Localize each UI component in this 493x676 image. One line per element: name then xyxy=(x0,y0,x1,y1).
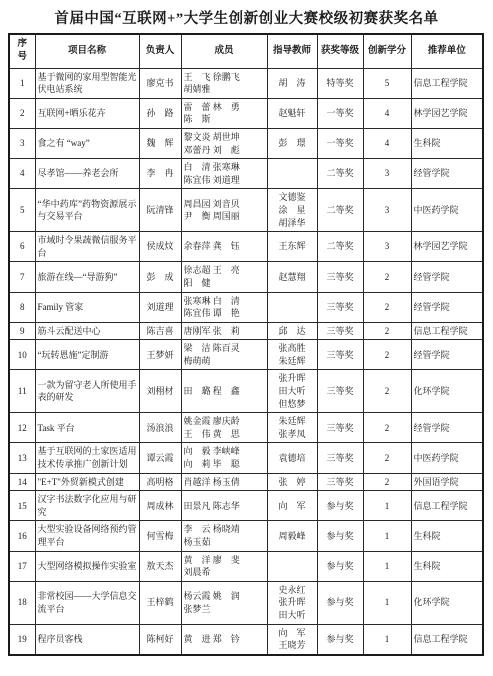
cell-advisor xyxy=(267,292,317,322)
cell-credit: 1 xyxy=(363,491,411,521)
cell-award: 参与奖 xyxy=(317,551,363,581)
cell-members: 黄 洋 廖 斐 刘晨希 xyxy=(181,551,267,581)
cell-members: 张寒琳 白 清 陈宜伟 谭 艳 xyxy=(181,292,267,322)
cell-advisor: 向 军 xyxy=(267,491,317,521)
cell-unit: 经管学院 xyxy=(411,159,483,189)
table-row: 17 大型网络模拟操作实验室 敖天杰 黄 洋 廖 斐 刘晨希 参与奖 1 生科院 xyxy=(9,551,483,581)
cell-credit: 3 xyxy=(363,232,411,262)
header-serial: 序 号 xyxy=(9,34,35,68)
table-body: 1 基于微网的家用型智能光伏电站系统 廖克书 王 飞 徐鹏飞 胡婧雅 胡 涛 特… xyxy=(9,68,483,655)
table-row: 3 食之有 “way” 魏 辉 黎文炎 胡世坤 邓蕾丹 刘 彪 彭 璟 一等奖 … xyxy=(9,128,483,158)
cell-award: 三等奖 xyxy=(317,340,363,370)
cell-serial: 5 xyxy=(9,189,35,232)
cell-project: Family 管家 xyxy=(35,292,139,322)
cell-unit: 信息工程学院 xyxy=(411,322,483,340)
cell-project: 基于互联网的土家医适用技术传承推广创新计划 xyxy=(35,443,139,473)
table-row: 4 尽孝馆——养老会所 李 冉 白 清 张寒琳 陈宜伟 刘道理 二等奖 3 经管… xyxy=(9,159,483,189)
cell-unit: 经管学院 xyxy=(411,292,483,322)
table-row: 5 “华中药库”药物资源展示与交易平台 阮清锋 周昌园 刘音贝 尹 衡 周国丽 … xyxy=(9,189,483,232)
cell-members: 周昌园 刘音贝 尹 衡 周国丽 xyxy=(181,189,267,232)
header-unit: 推荐单位 xyxy=(411,34,483,68)
cell-project: 旅游在线—“导游狗” xyxy=(35,262,139,292)
cell-award: 参与奖 xyxy=(317,581,363,624)
table-row: 12 Task 平台 汤浪浪 姚金霞 廖庆龄 王 伟 黄 思 朱廷辉 张孝凤 三… xyxy=(9,413,483,443)
cell-unit: 经管学院 xyxy=(411,340,483,370)
cell-members: 黎文炎 胡世坤 邓蕾丹 刘 彪 xyxy=(181,128,267,158)
cell-credit: 2 xyxy=(363,370,411,413)
cell-credit: 4 xyxy=(363,98,411,128)
cell-advisor: 张升晖 田大听 但悠梦 xyxy=(267,370,317,413)
cell-credit: 2 xyxy=(363,292,411,322)
cell-serial: 6 xyxy=(9,232,35,262)
cell-members: 余春萍 龚 钰 xyxy=(181,232,267,262)
cell-leader: 王梦妍 xyxy=(139,340,181,370)
cell-project: 非常校园——大学信息交流平台 xyxy=(35,581,139,624)
cell-leader: 刘栩材 xyxy=(139,370,181,413)
cell-serial: 14 xyxy=(9,473,35,491)
cell-advisor xyxy=(267,159,317,189)
table-row: 10 “玩转恩施”定制游 王梦妍 梁 洁 陈百灵 梅萌萌 张高胜 朱廷辉 三等奖… xyxy=(9,340,483,370)
table-row: 16 大型实验设备网络预约管理平台 何雪梅 李 云 杨晓靖 杨玉茹 周毅峰 参与… xyxy=(9,521,483,551)
cell-award: 三等奖 xyxy=(317,262,363,292)
cell-award: 特等奖 xyxy=(317,68,363,98)
cell-leader: 廖克书 xyxy=(139,68,181,98)
cell-serial: 11 xyxy=(9,370,35,413)
cell-award: 一等奖 xyxy=(317,128,363,158)
table-row: 8 Family 管家 刘道理 张寒琳 白 清 陈宜伟 谭 艳 三等奖 2 经管… xyxy=(9,292,483,322)
cell-project: Task 平台 xyxy=(35,413,139,443)
header-leader: 负责人 xyxy=(139,34,181,68)
cell-members: 李 云 杨晓靖 杨玉茹 xyxy=(181,521,267,551)
cell-unit: 生科院 xyxy=(411,551,483,581)
cell-award: 三等奖 xyxy=(317,292,363,322)
cell-members: 向 毅 李峡峰 向 莉 毕 聪 xyxy=(181,443,267,473)
cell-unit: 外国语学院 xyxy=(411,473,483,491)
cell-members: 唐刚军 张 莉 xyxy=(181,322,267,340)
cell-award: 三等奖 xyxy=(317,473,363,491)
cell-serial: 2 xyxy=(9,98,35,128)
cell-leader: 汤浪浪 xyxy=(139,413,181,443)
table-row: 6 市域时令果蔬微信服务平台 侯成炆 余春萍 龚 钰 王东辉 二等奖 3 林学园… xyxy=(9,232,483,262)
header-credit: 创新学分 xyxy=(363,34,411,68)
cell-serial: 15 xyxy=(9,491,35,521)
cell-leader: 刘道理 xyxy=(139,292,181,322)
cell-leader: 王梓鹤 xyxy=(139,581,181,624)
cell-project: "E+T"外贸新模式创建 xyxy=(35,473,139,491)
cell-project: 市域时令果蔬微信服务平台 xyxy=(35,232,139,262)
header-advisor: 指导教师 xyxy=(267,34,317,68)
cell-project: 尽孝馆——养老会所 xyxy=(35,159,139,189)
table-row: 19 程序员客栈 陈柯好 黄 进 郑 钤 向 军 王晓芳 参与奖 1 信息工程学… xyxy=(9,624,483,655)
cell-credit: 2 xyxy=(363,262,411,292)
cell-advisor: 赵魁轩 xyxy=(267,98,317,128)
cell-project: 筋斗云配送中心 xyxy=(35,322,139,340)
cell-project: 互联网+晒乐花卉 xyxy=(35,98,139,128)
cell-unit: 经管学院 xyxy=(411,262,483,292)
cell-serial: 16 xyxy=(9,521,35,551)
cell-advisor xyxy=(267,551,317,581)
cell-credit: 2 xyxy=(363,413,411,443)
cell-leader: 魏 辉 xyxy=(139,128,181,158)
header-members: 成员 xyxy=(181,34,267,68)
cell-award: 二等奖 xyxy=(317,189,363,232)
table-row: 15 汉字书法数字化应用与研究 周成林 田景凡 陈志华 向 军 参与奖 1 信息… xyxy=(9,491,483,521)
cell-award: 一等奖 xyxy=(317,98,363,128)
header-project: 项目名称 xyxy=(35,34,139,68)
cell-credit: 1 xyxy=(363,551,411,581)
cell-credit: 2 xyxy=(363,473,411,491)
cell-unit: 生科院 xyxy=(411,521,483,551)
cell-award: 三等奖 xyxy=(317,443,363,473)
table-row: 11 一款为留守老人所使用手表的研发 刘栩材 田 璐 程 鑫 张升晖 田大听 但… xyxy=(9,370,483,413)
cell-members: 姚金霞 廖庆龄 王 伟 黄 思 xyxy=(181,413,267,443)
table-header: 序 号 项目名称 负责人 成员 指导教师 获奖等级 创新学分 推荐单位 xyxy=(9,34,483,68)
cell-award: 三等奖 xyxy=(317,322,363,340)
cell-leader: 陈柯好 xyxy=(139,624,181,655)
cell-advisor: 向 军 王晓芳 xyxy=(267,624,317,655)
cell-serial: 19 xyxy=(9,624,35,655)
cell-credit: 4 xyxy=(363,128,411,158)
cell-serial: 3 xyxy=(9,128,35,158)
cell-project: 基于微网的家用型智能光伏电站系统 xyxy=(35,68,139,98)
cell-serial: 17 xyxy=(9,551,35,581)
cell-project: 一款为留守老人所使用手表的研发 xyxy=(35,370,139,413)
cell-credit: 2 xyxy=(363,322,411,340)
cell-award: 参与奖 xyxy=(317,521,363,551)
cell-credit: 1 xyxy=(363,581,411,624)
cell-advisor: 赵慧翔 xyxy=(267,262,317,292)
cell-leader: 敖天杰 xyxy=(139,551,181,581)
cell-credit: 3 xyxy=(363,189,411,232)
cell-serial: 1 xyxy=(9,68,35,98)
table-row: 9 筋斗云配送中心 陈吉喜 唐刚军 张 莉 邱 达 三等奖 2 信息工程学院 xyxy=(9,322,483,340)
cell-leader: 高明格 xyxy=(139,473,181,491)
table-row: 2 互联网+晒乐花卉 孙 路 雷 蕾 林 勇 陈 斯 赵魁轩 一等奖 4 林学园… xyxy=(9,98,483,128)
cell-unit: 信息工程学院 xyxy=(411,68,483,98)
cell-project: “华中药库”药物资源展示与交易平台 xyxy=(35,189,139,232)
cell-members: 杨云霞 姚 润 张梦兰 xyxy=(181,581,267,624)
cell-serial: 7 xyxy=(9,262,35,292)
document-page: 首届中国“互联网+”大学生创新创业大赛校级初赛获奖名单 序 号 项目名称 负责人… xyxy=(0,0,493,676)
cell-advisor: 邱 达 xyxy=(267,322,317,340)
cell-project: 大型实验设备网络预约管理平台 xyxy=(35,521,139,551)
cell-leader: 陈吉喜 xyxy=(139,322,181,340)
cell-project: 大型网络模拟操作实验室 xyxy=(35,551,139,581)
cell-unit: 化环学院 xyxy=(411,370,483,413)
cell-award: 二等奖 xyxy=(317,232,363,262)
cell-unit: 生科院 xyxy=(411,128,483,158)
cell-members: 梁 洁 陈百灵 梅萌萌 xyxy=(181,340,267,370)
cell-leader: 孙 路 xyxy=(139,98,181,128)
cell-serial: 10 xyxy=(9,340,35,370)
cell-unit: 中医药学院 xyxy=(411,189,483,232)
cell-advisor: 文德鉴 涂 星 胡泽华 xyxy=(267,189,317,232)
cell-award: 二等奖 xyxy=(317,159,363,189)
cell-leader: 李 冉 xyxy=(139,159,181,189)
cell-serial: 4 xyxy=(9,159,35,189)
cell-advisor: 袁德培 xyxy=(267,443,317,473)
cell-members: 王 飞 徐鹏飞 胡婧雅 xyxy=(181,68,267,98)
cell-serial: 13 xyxy=(9,443,35,473)
cell-project: 食之有 “way” xyxy=(35,128,139,158)
cell-credit: 1 xyxy=(363,521,411,551)
cell-members: 黄 进 郑 钤 xyxy=(181,624,267,655)
cell-award: 三等奖 xyxy=(317,370,363,413)
cell-project: 汉字书法数字化应用与研究 xyxy=(35,491,139,521)
cell-members: 田景凡 陈志华 xyxy=(181,491,267,521)
table-row: 7 旅游在线—“导游狗” 彭 成 徐志超 王 亮 阳 健 赵慧翔 三等奖 2 经… xyxy=(9,262,483,292)
award-results-table: 序 号 项目名称 负责人 成员 指导教师 获奖等级 创新学分 推荐单位 1 基于… xyxy=(8,33,484,656)
cell-award: 参与奖 xyxy=(317,491,363,521)
header-award: 获奖等级 xyxy=(317,34,363,68)
page-title: 首届中国“互联网+”大学生创新创业大赛校级初赛获奖名单 xyxy=(6,7,487,28)
cell-unit: 化环学院 xyxy=(411,581,483,624)
cell-credit: 1 xyxy=(363,624,411,655)
table-row: 18 非常校园——大学信息交流平台 王梓鹤 杨云霞 姚 润 张梦兰 史永红 张升… xyxy=(9,581,483,624)
cell-credit: 2 xyxy=(363,340,411,370)
table-row: 14 "E+T"外贸新模式创建 高明格 肖越洋 杨玉倩 张 婷 三等奖 2 外国… xyxy=(9,473,483,491)
cell-unit: 信息工程学院 xyxy=(411,624,483,655)
cell-advisor: 史永红 张升晖 田大听 xyxy=(267,581,317,624)
header-row: 序 号 项目名称 负责人 成员 指导教师 获奖等级 创新学分 推荐单位 xyxy=(9,34,483,68)
cell-advisor: 彭 璟 xyxy=(267,128,317,158)
cell-advisor: 张 婷 xyxy=(267,473,317,491)
table-row: 13 基于互联网的土家医适用技术传承推广创新计划 谭云霞 向 毅 李峡峰 向 莉… xyxy=(9,443,483,473)
cell-credit: 3 xyxy=(363,159,411,189)
table-row: 1 基于微网的家用型智能光伏电站系统 廖克书 王 飞 徐鹏飞 胡婧雅 胡 涛 特… xyxy=(9,68,483,98)
cell-advisor: 胡 涛 xyxy=(267,68,317,98)
cell-award: 三等奖 xyxy=(317,413,363,443)
cell-members: 田 璐 程 鑫 xyxy=(181,370,267,413)
cell-leader: 彭 成 xyxy=(139,262,181,292)
cell-advisor: 周毅峰 xyxy=(267,521,317,551)
cell-leader: 周成林 xyxy=(139,491,181,521)
cell-unit: 信息工程学院 xyxy=(411,491,483,521)
cell-members: 雷 蕾 林 勇 陈 斯 xyxy=(181,98,267,128)
cell-unit: 经管学院 xyxy=(411,413,483,443)
cell-advisor: 朱廷辉 张孝凤 xyxy=(267,413,317,443)
cell-members: 肖越洋 杨玉倩 xyxy=(181,473,267,491)
cell-leader: 阮清锋 xyxy=(139,189,181,232)
cell-leader: 谭云霞 xyxy=(139,443,181,473)
cell-unit: 中医药学院 xyxy=(411,443,483,473)
cell-serial: 8 xyxy=(9,292,35,322)
cell-members: 白 清 张寒琳 陈宜伟 刘道理 xyxy=(181,159,267,189)
cell-project: “玩转恩施”定制游 xyxy=(35,340,139,370)
cell-leader: 侯成炆 xyxy=(139,232,181,262)
cell-members: 徐志超 王 亮 阳 健 xyxy=(181,262,267,292)
cell-unit: 林学园艺学院 xyxy=(411,98,483,128)
cell-advisor: 张高胜 朱廷辉 xyxy=(267,340,317,370)
cell-credit: 5 xyxy=(363,68,411,98)
cell-serial: 9 xyxy=(9,322,35,340)
cell-advisor: 王东辉 xyxy=(267,232,317,262)
cell-unit: 林学园艺学院 xyxy=(411,232,483,262)
cell-project: 程序员客栈 xyxy=(35,624,139,655)
cell-credit: 2 xyxy=(363,443,411,473)
cell-award: 参与奖 xyxy=(317,624,363,655)
cell-serial: 18 xyxy=(9,581,35,624)
cell-serial: 12 xyxy=(9,413,35,443)
cell-leader: 何雪梅 xyxy=(139,521,181,551)
